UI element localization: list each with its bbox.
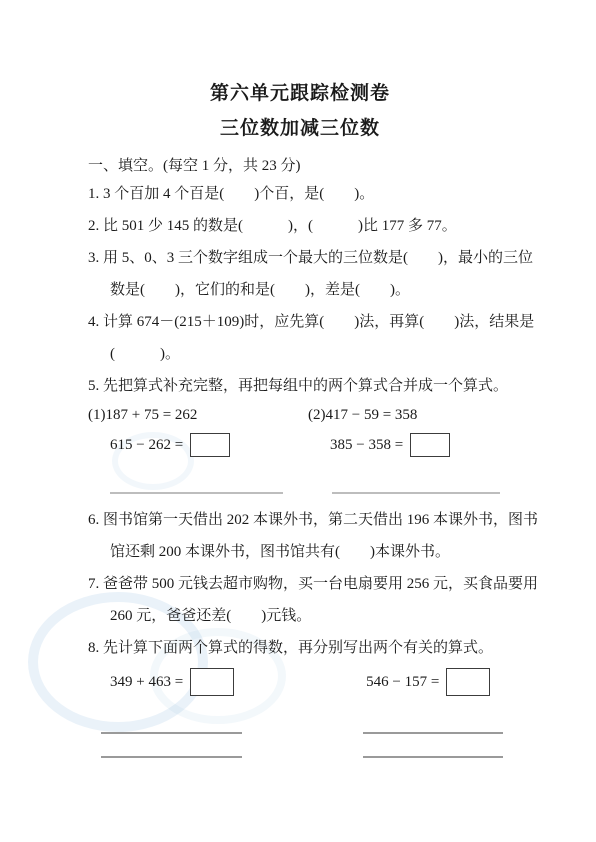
question-8-answer-lines-row-1 <box>88 710 512 734</box>
group-2-given-equation: (2)417 − 59 = 358 <box>308 402 512 428</box>
question-5-group-1: (1)187 + 75 = 262 615 − 262 = <box>88 402 308 462</box>
group-2-blank-equation-text: 385 − 358 = <box>330 428 403 462</box>
question-7: 7. 爸爸带 500 元钱去超市购物，买一台电扇要用 256 元，买食品要用 2… <box>88 568 512 632</box>
answer-line[interactable] <box>363 755 503 758</box>
question-3: 3. 用 5、0、3 三个数字组成一个最大的三位数是( )，最小的三位 数是( … <box>88 242 512 306</box>
question-2: 2. 比 501 少 145 的数是( )，( )比 177 多 77。 <box>88 210 512 242</box>
group-1-blank-equation-text: 615 − 262 = <box>110 428 183 462</box>
answer-line[interactable] <box>101 731 242 734</box>
question-8-left-equation: 349 + 463 = <box>110 668 234 696</box>
paper-title: 第六单元跟踪检测卷 <box>88 80 512 108</box>
question-8-equations: 349 + 463 = 546 − 157 = <box>88 664 512 700</box>
question-1: 1. 3 个百加 4 个百是( )个百，是( )。 <box>88 178 512 210</box>
answer-line[interactable] <box>363 731 503 734</box>
question-8: 8. 先计算下面两个算式的得数，再分别写出两个有关的算式。 349 + 463 … <box>88 632 512 758</box>
question-6-text-line2: 馆还剩 200 本课外书，图书馆共有( )本课外书。 <box>88 536 512 568</box>
question-4-text-line1: 4. 计算 674－(215＋109)时，应先算( )法，再算( )法，结果是 <box>88 306 512 338</box>
question-5-heading: 5. 先把算式补充完整，再把每组中的两个算式合并成一个算式。 <box>88 370 512 402</box>
question-5-equation-pairs: (1)187 + 75 = 262 615 − 262 = (2)417 − 5… <box>88 402 512 462</box>
test-paper-page: 第六单元跟踪检测卷 三位数加减三位数 一、填空。(每空 1 分，共 23 分) … <box>0 0 596 842</box>
group-2-blank-equation: 385 − 358 = <box>308 428 512 462</box>
group-1-given-equation: (1)187 + 75 = 262 <box>88 402 308 428</box>
question-7-text-line1: 7. 爸爸带 500 元钱去超市购物，买一台电扇要用 256 元，买食品要用 <box>88 568 512 600</box>
group-1-answer-box[interactable] <box>190 433 230 457</box>
question-6-text-line1: 6. 图书馆第一天借出 202 本课外书，第二天借出 196 本课外书，图书 <box>88 504 512 536</box>
group-2-answer-box[interactable] <box>410 433 450 457</box>
question-3-text-line1: 3. 用 5、0、3 三个数字组成一个最大的三位数是( )，最小的三位 <box>88 242 512 274</box>
question-5-group-2: (2)417 − 59 = 358 385 − 358 = <box>308 402 512 462</box>
question-3-text-line2: 数是( )，它们的和是( )，差是( )。 <box>88 274 512 306</box>
answer-line[interactable] <box>110 491 283 494</box>
question-1-text: 1. 3 个百加 4 个百是( )个百，是( )。 <box>88 178 512 210</box>
answer-line[interactable] <box>101 755 242 758</box>
section-1-heading: 一、填空。(每空 1 分，共 23 分) <box>88 154 512 178</box>
question-8-answer-lines-row-2 <box>88 734 512 758</box>
group-1-blank-equation: 615 − 262 = <box>88 428 308 462</box>
question-8-heading: 8. 先计算下面两个算式的得数，再分别写出两个有关的算式。 <box>88 632 512 664</box>
answer-line[interactable] <box>332 491 500 494</box>
question-8-right-equation: 546 − 157 = <box>366 668 490 696</box>
question-8-right-answer-box[interactable] <box>446 668 490 696</box>
question-5: 5. 先把算式补充完整，再把每组中的两个算式合并成一个算式。 (1)187 + … <box>88 370 512 494</box>
question-8-left-answer-box[interactable] <box>190 668 234 696</box>
question-8-left-equation-text: 349 + 463 = <box>110 674 183 691</box>
question-4: 4. 计算 674－(215＋109)时，应先算( )法，再算( )法，结果是 … <box>88 306 512 370</box>
question-2-text: 2. 比 501 少 145 的数是( )，( )比 177 多 77。 <box>88 210 512 242</box>
paper-subtitle: 三位数加减三位数 <box>88 116 512 142</box>
paper-content: 第六单元跟踪检测卷 三位数加减三位数 一、填空。(每空 1 分，共 23 分) … <box>0 0 596 758</box>
question-6: 6. 图书馆第一天借出 202 本课外书，第二天借出 196 本课外书，图书 馆… <box>88 504 512 568</box>
question-4-text-line2: ( )。 <box>88 338 512 370</box>
question-7-text-line2: 260 元，爸爸还差( )元钱。 <box>88 600 512 632</box>
question-8-right-equation-text: 546 − 157 = <box>366 674 439 691</box>
question-5-answer-lines <box>88 470 512 494</box>
